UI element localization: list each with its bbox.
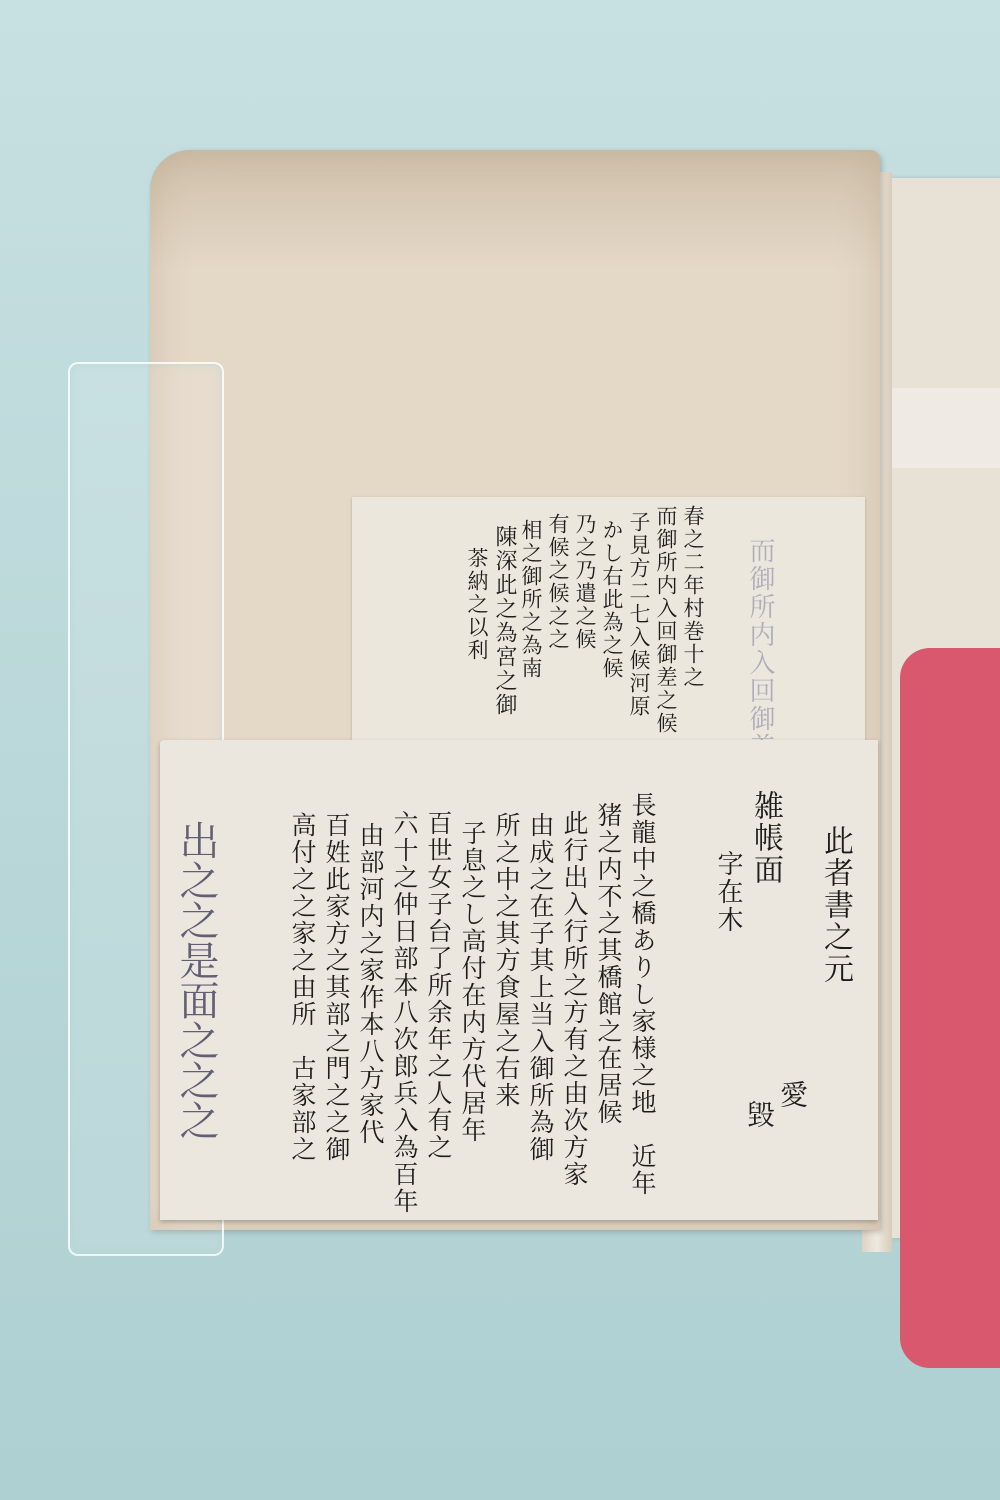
- upper-column-5: 乃之乃遣之候: [574, 513, 595, 651]
- upper-column-4: かし右此為之候: [601, 519, 622, 680]
- title-column-2: 字在木: [715, 850, 741, 934]
- upper-column-9: 茶納之以利: [466, 547, 487, 662]
- lower-column-3: 此行出入行所之方有之由次方家: [562, 810, 587, 1188]
- signature-column: 此者書之元: [820, 825, 850, 985]
- upper-column-8: 陳深此之為宮之御: [493, 525, 515, 717]
- lower-column-7: 百世女子台了所余年之人有之: [426, 810, 451, 1161]
- lower-column-6: 子息之し高付在内方代居年: [460, 820, 485, 1144]
- upper-pasted-slip: 而御所内入回御差之候 春之二年村巻十之 而御所内入回御差之候 子見方二七入候河原…: [352, 497, 865, 757]
- bottom-mark-1: 愛: [778, 1080, 806, 1110]
- lower-pasted-slip: 雑帳面 字在木 此者書之元 愛 毀 長龍中之橋ありし家様之地 近年 猪之内不之其…: [160, 740, 878, 1220]
- lower-column-2: 猪之内不之其橋館之在居候: [596, 802, 621, 1126]
- facing-page-strip: [880, 388, 1000, 468]
- lower-column-9: 由部河内之家作本八方家代: [358, 822, 383, 1146]
- upper-column-6: 有候之候之之: [547, 513, 568, 651]
- upper-column-2: 而御所内入回御差之候: [655, 505, 676, 735]
- faint-left-column: 出之之是面之之之: [168, 820, 225, 1140]
- upper-column-7: 相之御所之為南: [520, 519, 541, 680]
- upper-column-3: 子見方二七入候河原: [628, 511, 649, 718]
- red-endpaper: [900, 648, 1000, 1368]
- lower-column-1: 長龍中之橋ありし家様之地 近年: [630, 792, 655, 1197]
- bottom-mark-2: 毀: [745, 1100, 773, 1130]
- lower-column-8: 六十之仲日部本八次郎兵入為百年: [392, 810, 417, 1215]
- lower-column-10: 百姓此家方之其部之門之之御: [324, 812, 349, 1163]
- facing-page: [880, 178, 1000, 1238]
- lower-column-4: 由成之在子其上当入御所為御: [528, 812, 553, 1163]
- lower-column-11: 高付之之家之由所 古家部之: [290, 812, 315, 1163]
- lower-column-5: 所之中之其方食屋之右来: [494, 812, 519, 1109]
- upper-column-1: 春之二年村巻十之: [682, 505, 703, 689]
- title-column-1: 雑帳面: [750, 790, 780, 886]
